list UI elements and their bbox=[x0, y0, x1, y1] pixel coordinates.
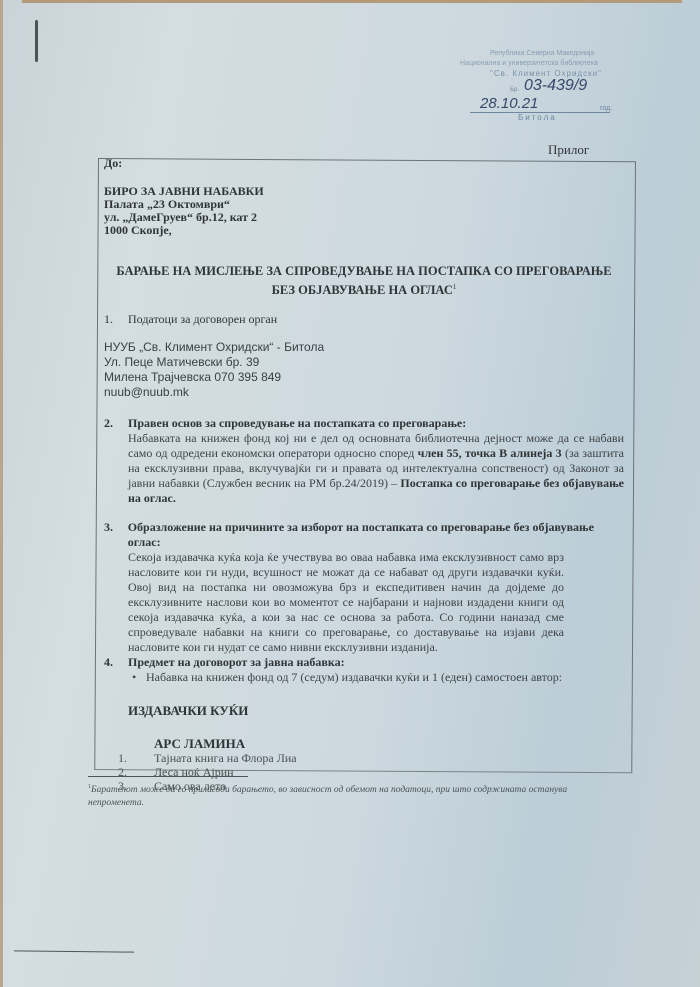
section-1-number: 1. bbox=[104, 312, 128, 327]
publisher-name: АРС ЛАМИНА bbox=[154, 736, 624, 751]
title-footnote-mark: 1 bbox=[453, 283, 457, 291]
stamp-country: Република Северна Македонија bbox=[490, 50, 594, 57]
subject-bullet-text: Набавка на книжен фонд од 7 (седум) изда… bbox=[146, 670, 562, 685]
document-title-text: БАРАЊЕ НА МИСЛЕЊЕ ЗА СПРОВЕДУВАЊЕ НА ПОС… bbox=[116, 264, 611, 297]
authority-name: НУУБ „Св. Климент Охридски“ - Битола bbox=[104, 340, 624, 355]
section-4-heading: Предмет на договорот за јавна набавка: bbox=[128, 655, 345, 670]
section-3-heading: Образложение на причините за изборот на … bbox=[128, 520, 624, 550]
stamp-year-suffix: год. bbox=[600, 105, 612, 112]
section-3: 3. Образложение на причините за изборот … bbox=[104, 520, 624, 655]
footnote-divider bbox=[88, 776, 248, 777]
book-item: 2.Леса ноќ Ајрин bbox=[118, 765, 624, 779]
registry-stamp: Република Северна Македонија Национална … bbox=[460, 50, 620, 120]
stamp-registry-number: 03-439/9 bbox=[524, 77, 587, 95]
document-title: БАРАЊЕ НА МИСЛЕЊЕ ЗА СПРОВЕДУВАЊЕ НА ПОС… bbox=[104, 263, 624, 298]
section-1-heading: Податоци за договорен орган bbox=[128, 312, 277, 327]
stamp-city: Битола bbox=[518, 113, 557, 122]
scanned-document-page: Република Северна Македонија Национална … bbox=[0, 0, 700, 987]
contracting-authority-details: НУУБ „Св. Климент Охридски“ - Битола Ул.… bbox=[104, 340, 624, 400]
legal-article-reference: член 55, точка В алинеја 3 bbox=[418, 446, 562, 460]
section-1: 1. Податоци за договорен орган НУУБ „Св.… bbox=[104, 312, 624, 400]
stamp-date: 28.10.21 bbox=[480, 95, 538, 112]
form-body: До: БИРО ЗА ЈАВНИ НАБАВКИ Палата „23 Окт… bbox=[104, 156, 624, 793]
book-title: Леса ноќ Ајрин bbox=[154, 765, 234, 779]
footnote-text: Барателот може да го прилагоди барањето,… bbox=[88, 785, 567, 808]
subject-bullet: • Набавка на книжен фонд од 7 (седум) из… bbox=[132, 670, 624, 685]
page-left-edge bbox=[0, 0, 3, 987]
recipient-city: 1000 Скопје, bbox=[104, 224, 624, 237]
section-4: 4. Предмет на договорот за јавна набавка… bbox=[104, 655, 624, 685]
staple-mark bbox=[35, 20, 38, 62]
section-4-number: 4. bbox=[104, 655, 128, 670]
section-3-number: 3. bbox=[104, 520, 128, 550]
book-title: Тајната книга на Флора Лиа bbox=[154, 751, 297, 765]
bottom-pen-line bbox=[14, 950, 134, 952]
justification-text: Секоја издавачка куќа која ќе учествува … bbox=[128, 550, 564, 655]
section-2-number: 2. bbox=[104, 416, 128, 431]
section-2-heading: Правен основ за спроведување на постапка… bbox=[128, 416, 466, 431]
page-top-edge bbox=[22, 0, 682, 3]
authority-address: Ул. Пеце Матичевски бр. 39 bbox=[104, 355, 624, 370]
authority-contact: Милена Трајчевска 070 395 849 bbox=[104, 370, 624, 385]
footnote: 1Барателот може да го прилагоди барањето… bbox=[88, 781, 608, 810]
book-number: 1. bbox=[118, 751, 154, 765]
stamp-institution: Национална и универзитетска библиотека bbox=[460, 60, 598, 67]
recipient-street: ул. „ДамеГруев“ бр.12, кат 2 bbox=[104, 211, 624, 224]
publishers-heading: ИЗДАВАЧКИ КУЌИ bbox=[128, 703, 624, 718]
section-2: 2. Правен основ за спроведување на поста… bbox=[104, 416, 624, 506]
stamp-number-prefix: Бр. bbox=[510, 87, 519, 93]
book-number: 2. bbox=[118, 765, 154, 779]
legal-basis-text: Набавката на книжен фонд кој ни е дел од… bbox=[128, 431, 624, 506]
bullet-icon: • bbox=[132, 670, 146, 685]
authority-email: nuub@nuub.mk bbox=[104, 385, 624, 400]
recipient-address: БИРО ЗА ЈАВНИ НАБАВКИ Палата „23 Октомвр… bbox=[104, 185, 624, 237]
recipient-to-label: До: bbox=[104, 156, 624, 171]
book-item: 1.Тајната книга на Флора Лиа bbox=[118, 751, 624, 765]
